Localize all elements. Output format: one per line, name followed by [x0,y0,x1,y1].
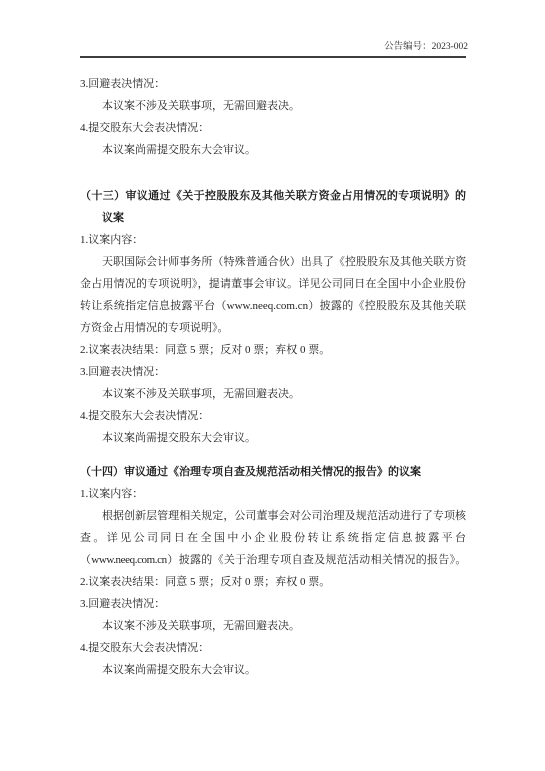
doc-line: 3.回避表决情况： [80,361,466,383]
announcement-number: 公告编号：2023-002 [384,41,468,53]
doc-line: （十四）审议通过《治理专项自查及规范活动相关情况的报告》的议案 [80,461,466,483]
doc-line: 方资金占用情况的专项说明》。 [80,317,466,339]
doc-line: 3.回避表决情况： [80,73,466,95]
doc-line: 4.提交股东大会表决情况： [80,405,466,427]
doc-line: 本议案不涉及关联事项，无需回避表决。 [80,615,466,637]
doc-line: 2.议案表决结果：同意 5 票；反对 0 票；弃权 0 票。 [80,571,466,593]
doc-line: 2.议案表决结果：同意 5 票；反对 0 票；弃权 0 票。 [80,339,466,361]
doc-line: 本议案尚需提交股东大会审议。 [80,659,466,681]
doc-line: 转让系统指定信息披露平台（www.neeq.com.cn）披露的《控股股东及其他… [80,295,466,317]
doc-line: 本议案尚需提交股东大会审议。 [80,427,466,449]
doc-line: 本议案尚需提交股东大会审议。 [80,139,466,161]
document-page: 公告编号：2023-002 3.回避表决情况：本议案不涉及关联事项，无需回避表决… [0,0,545,771]
doc-line: 本议案不涉及关联事项，无需回避表决。 [80,383,466,405]
doc-line: （十三）审议通过《关于控股股东及其他关联方资金占用情况的专项说明》的 [80,185,466,207]
doc-line: 查。详见公司同日在全国中小企业股份转让系统指定信息披露平台 [80,527,466,549]
doc-line: （www.neeq.com.cn）披露的《关于治理专项自查及规范活动相关情况的报… [80,549,466,571]
doc-line: 3.回避表决情况： [80,593,466,615]
header-rule [80,56,466,58]
doc-line: 本议案不涉及关联事项，无需回避表决。 [80,95,466,117]
document-body: 3.回避表决情况：本议案不涉及关联事项，无需回避表决。4.提交股东大会表决情况：… [80,73,466,681]
doc-line: 1.议案内容： [80,229,466,251]
doc-line: 议案 [80,207,466,229]
doc-line: 4.提交股东大会表决情况： [80,637,466,659]
doc-line: 根据创新层管理相关规定，公司董事会对公司治理及规范活动进行了专项核 [80,505,466,527]
doc-line: 金占用情况的专项说明》，提请董事会审议。详见公司同日在全国中小企业股份 [80,273,466,295]
doc-line: 天职国际会计师事务所（特殊普通合伙）出具了《控股股东及其他关联方资 [80,251,466,273]
doc-line: 1.议案内容： [80,483,466,505]
doc-line: 4.提交股东大会表决情况： [80,117,466,139]
